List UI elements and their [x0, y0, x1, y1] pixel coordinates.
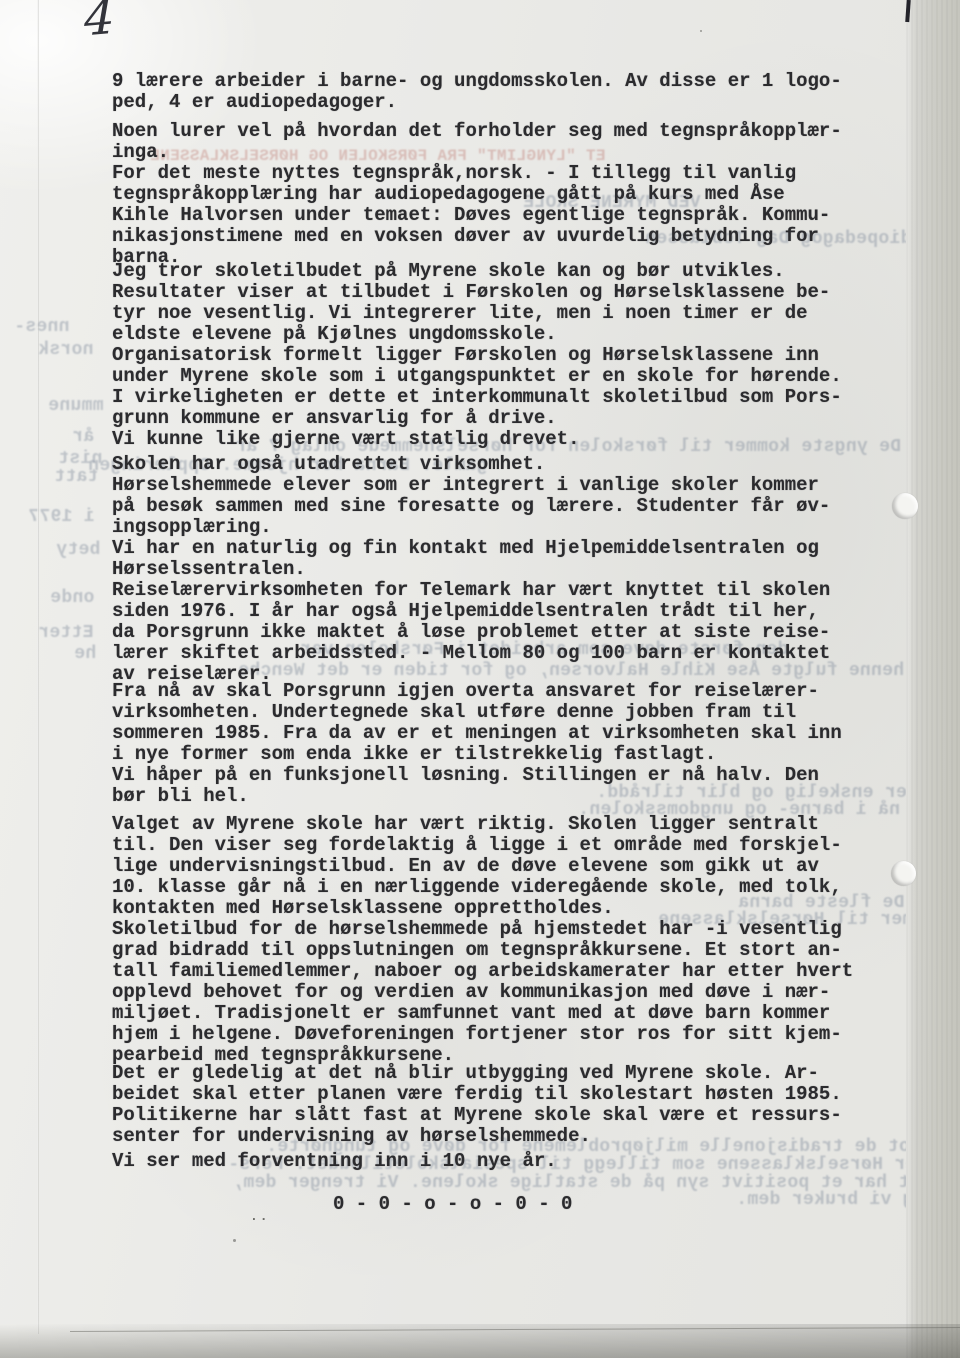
paragraph: 9 lærere arbeider i barne- og ungdomssko… [112, 71, 842, 113]
paragraph: For det meste nyttes tegnspråk,norsk. - … [112, 163, 830, 268]
paragraph: Valget av Myrene skole har vært riktig. … [112, 814, 842, 919]
paragraph: Skolen har også utadrettet virksomhet. H… [112, 454, 830, 685]
punch-hole-bottom [891, 861, 916, 886]
paragraph: Vi ser med forventning inn i 10 nye år. [112, 1151, 557, 1172]
scanned-document-page: ET "LYNGLIMT" FRA FØRSKOLEN OG HØRSELSKL… [0, 0, 960, 1358]
punch-hole-top [892, 493, 918, 519]
scan-speck [700, 30, 702, 32]
scan-speck [233, 1239, 236, 1242]
scan-edge-right [906, 0, 960, 1358]
typewritten-text: 9 lærere arbeider i barne- og ungdomssko… [0, 0, 960, 1358]
paragraph: Noen lurer vel på hvordan det forholder … [112, 121, 842, 163]
handwritten-page-number: 4 [84, 0, 115, 45]
paragraph: Det er gledelig at det nå blir utbygging… [112, 1063, 842, 1147]
scan-edge-bottom [0, 1324, 960, 1358]
paragraph: Jeg tror skoletilbudet på Myrene skole k… [112, 261, 842, 450]
paragraph: Skoletilbud for de hørselshemmede på hje… [112, 919, 853, 1066]
paragraph: Fra nå av skal Porsgrunn igjen overta an… [112, 681, 842, 807]
